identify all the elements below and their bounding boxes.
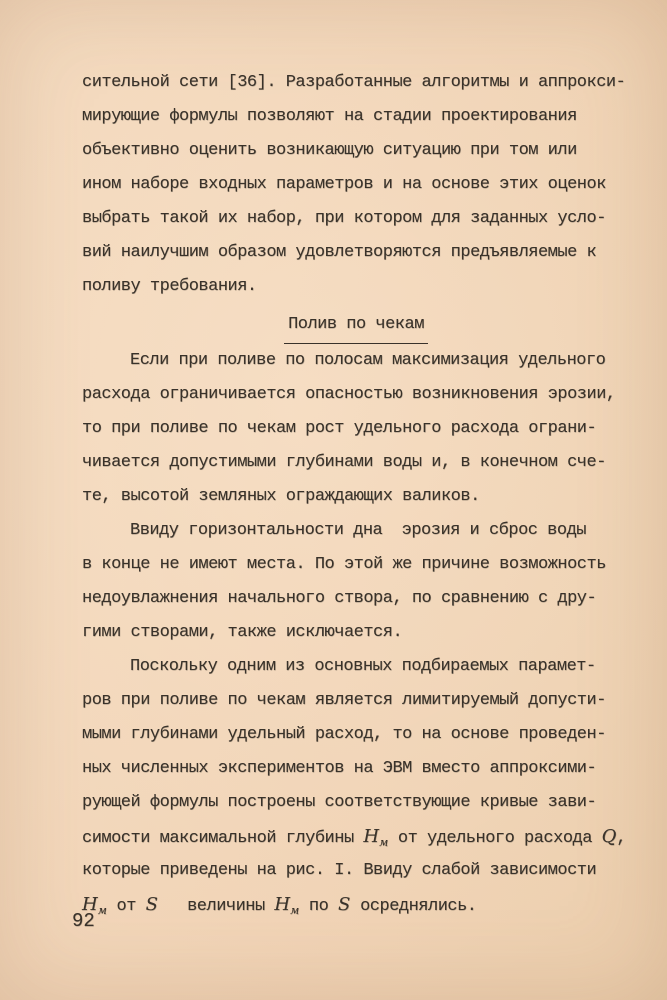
text-line: Ввиду горизонтальности дна эрозия и сбро…: [82, 514, 630, 548]
handwritten-math-symbol: H: [274, 894, 290, 915]
text-line: Hм от S величины Hм по S осреднялись.: [82, 888, 630, 922]
text-line: мыми глубинами удельный расход, то на ос…: [82, 718, 630, 752]
paragraph: Ввиду горизонтальности дна эрозия и сбро…: [82, 514, 630, 650]
text-line: вий наилучшим образом удовлетворяются пр…: [82, 236, 630, 270]
text-line: те, высотой земляных ограждающих валиков…: [82, 480, 630, 514]
text-line: рующей формулы построены соответствующие…: [82, 786, 630, 820]
text-line: выбрать такой их набор, при котором для …: [82, 202, 630, 236]
typewritten-segment: симости максимальной глубины: [82, 829, 363, 848]
text-line: которые приведены на рис. I. Ввиду слабо…: [82, 854, 630, 888]
handwritten-math-symbol: S: [338, 894, 350, 915]
text-line: чивается допустимыми глубинами воды и, в…: [82, 446, 630, 480]
paragraph: Поскольку одним из основных подбираемых …: [82, 650, 630, 922]
paragraph: сительной сети [36]. Разработанные алгор…: [82, 66, 630, 304]
text-line: поливу требования.: [82, 270, 630, 304]
text-line: объективно оценить возникающую ситуацию …: [82, 134, 630, 168]
typewritten-segment: от: [107, 897, 146, 916]
typewritten-segment: по: [299, 897, 338, 916]
text-line: Поскольку одним из основных подбираемых …: [82, 650, 630, 684]
section-heading: Полив по чекам: [82, 307, 630, 341]
typewritten-segment: от удельного расхода: [388, 829, 601, 848]
typewritten-segment: величины: [158, 897, 274, 916]
typewritten-segment: осреднялись.: [350, 897, 476, 916]
text-line: гими створами, также исключается.: [82, 616, 630, 650]
handwritten-math-subscript: м: [290, 904, 299, 917]
text-line: недоувлажнения начального створа, по сра…: [82, 582, 630, 616]
text-line: ином наборе входных параметров и на осно…: [82, 168, 630, 202]
handwritten-math-subscript: м: [379, 836, 388, 849]
text-line: сительной сети [36]. Разработанные алгор…: [82, 66, 630, 100]
text-line: симости максимальной глубины Hм от удель…: [82, 820, 630, 854]
typewritten-text-column: сительной сети [36]. Разработанные алгор…: [82, 66, 630, 922]
text-line: ных численных экспериментов на ЭВМ вмест…: [82, 752, 630, 786]
paragraph: Если при поливе по полосам максимизация …: [82, 344, 630, 514]
text-line: расхода ограничивается опасностью возник…: [82, 378, 630, 412]
handwritten-math-subscript: м: [98, 904, 107, 917]
text-line: то при поливе по чекам рост удельного ра…: [82, 412, 630, 446]
typewritten-segment: ,: [616, 829, 626, 848]
section-heading-text: Полив по чекам: [284, 308, 428, 344]
text-line: мирующие формулы позволяют на стадии про…: [82, 100, 630, 134]
text-line: Если при поливе по полосам максимизация …: [82, 344, 630, 378]
text-line: ров при поливе по чекам является лимитир…: [82, 684, 630, 718]
handwritten-math-symbol: Q: [602, 826, 617, 847]
text-line: в конце не имеют места. По этой же причи…: [82, 548, 630, 582]
page-number: 92: [72, 910, 95, 932]
handwritten-math-symbol: S: [146, 894, 158, 915]
handwritten-math-symbol: H: [363, 826, 379, 847]
